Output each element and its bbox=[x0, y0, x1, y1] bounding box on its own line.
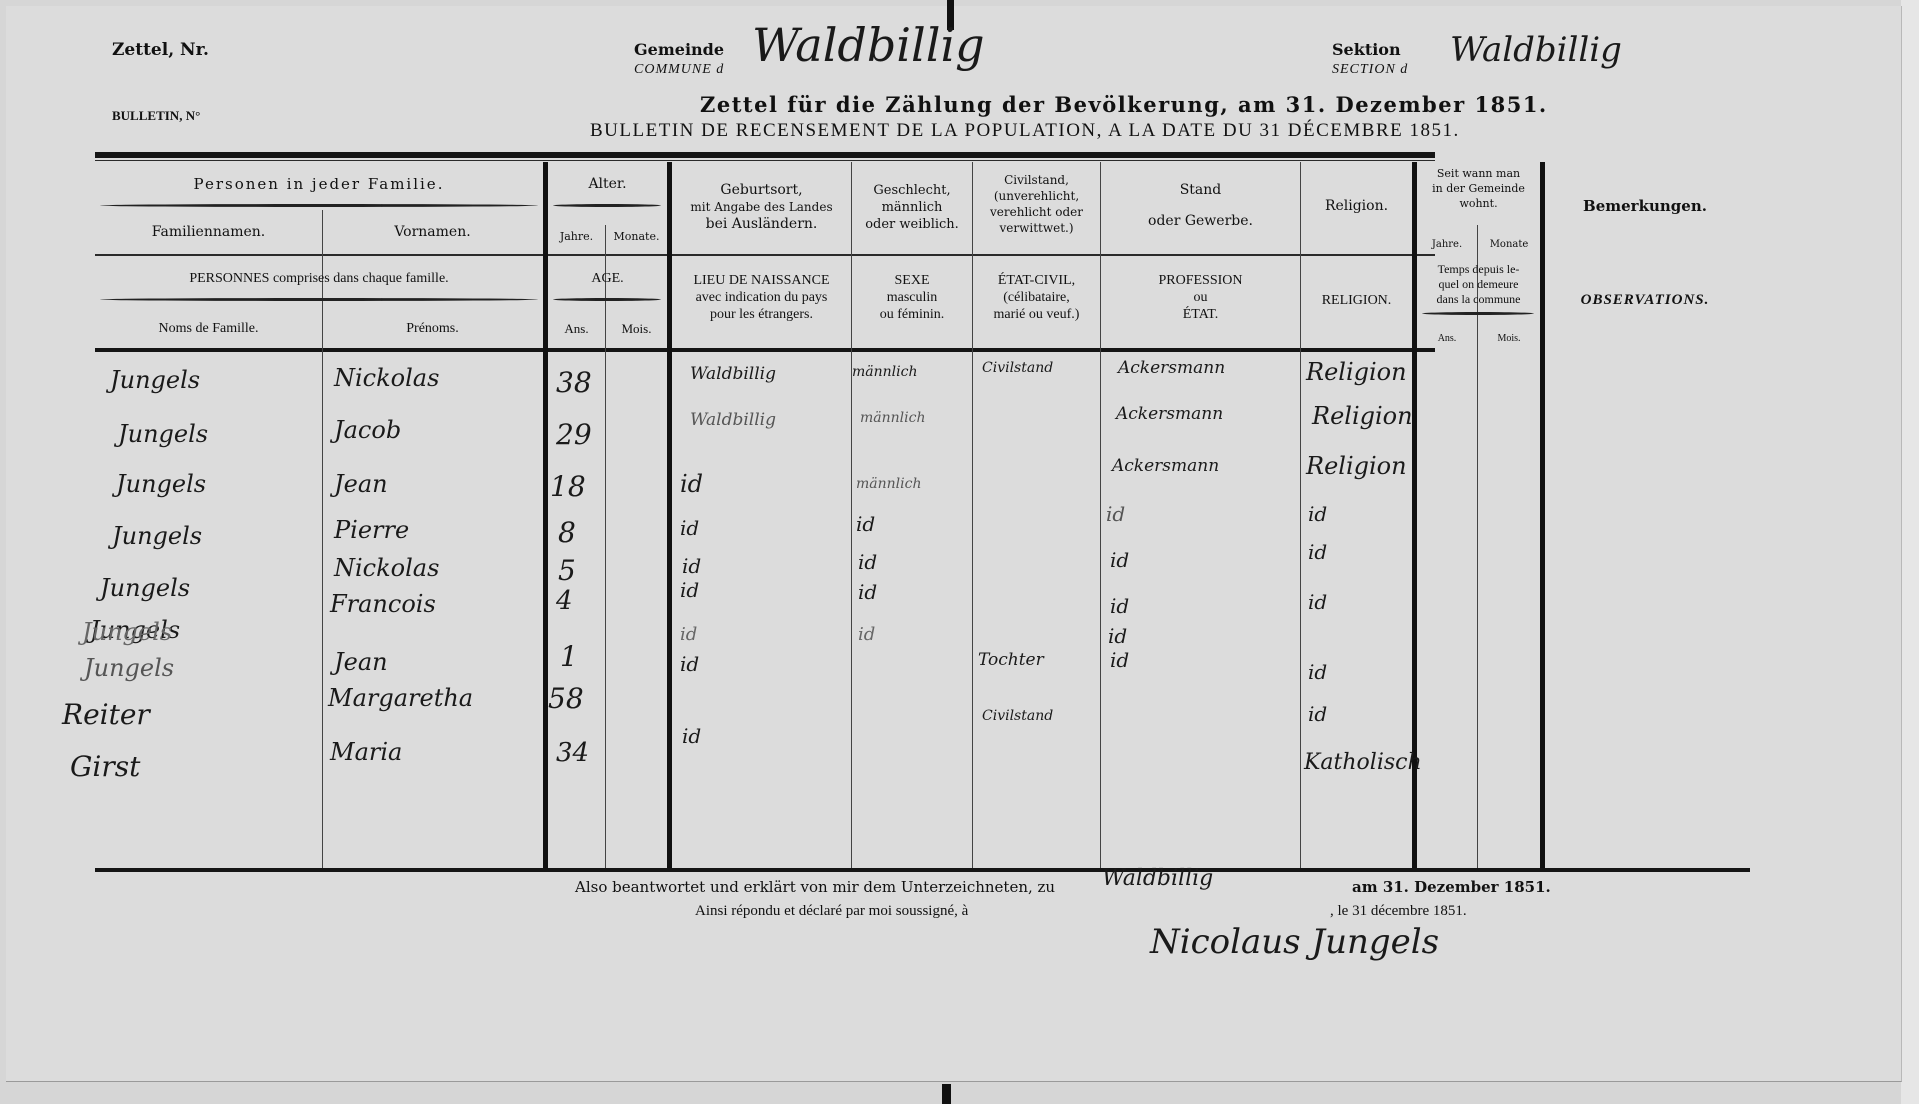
header-sex-fr-2: masculin bbox=[852, 289, 972, 306]
header-residence-fr-3: dans la commune bbox=[1417, 292, 1540, 307]
cell-religion: Katholisch bbox=[1304, 750, 1422, 775]
cell-age: 34 bbox=[556, 738, 589, 768]
sektion-label: Sektion bbox=[1332, 40, 1401, 59]
col-line-name bbox=[322, 210, 323, 868]
header-profession-de-2: oder Gewerbe. bbox=[1101, 213, 1300, 230]
header-civil-fr-2: (célibataire, bbox=[973, 289, 1100, 306]
cell-age: 29 bbox=[556, 418, 592, 451]
cell-birthplace: id bbox=[680, 624, 697, 645]
cell-family-name: Jungels bbox=[112, 522, 202, 550]
header-birthplace-de-3: bei Ausländern. bbox=[672, 216, 851, 233]
declaration-french: Ainsi répondu et déclaré par moi soussig… bbox=[695, 903, 968, 920]
header-birthplace-fr-2: avec indication du pays bbox=[672, 289, 851, 306]
cell-religion: Religion bbox=[1306, 358, 1407, 386]
header-civil-de: Civilstand, (unverehlicht, verehlicht od… bbox=[973, 172, 1100, 236]
cell-first-name: Francois bbox=[330, 590, 436, 618]
cell-first-name: Jean bbox=[334, 470, 388, 498]
cell-religion: id bbox=[1308, 702, 1327, 726]
table-top-rule bbox=[95, 152, 1435, 158]
header-residence-years-fr: Ans. bbox=[1417, 330, 1477, 347]
cell-sex: männlich bbox=[856, 476, 921, 492]
zettel-nr-label: Zettel, Nr. bbox=[112, 40, 209, 60]
header-sex-fr: SEXE masculin ou féminin. bbox=[852, 272, 972, 323]
header-remarks-de: Bemerkungen. bbox=[1545, 198, 1745, 215]
cell-age: 18 bbox=[550, 470, 586, 503]
header-months-de: Monate. bbox=[606, 228, 667, 245]
header-residence-de: Seit wann man in der Gemeinde wohnt. bbox=[1417, 166, 1540, 211]
header-remarks-fr: OBSERVATIONS. bbox=[1545, 292, 1745, 309]
cell-family-name: Jungels bbox=[118, 420, 208, 448]
header-family-name-de: Familiennamen. bbox=[95, 224, 322, 241]
header-persons-fr: PERSONNES comprises dans chaque famille. bbox=[95, 270, 543, 287]
col-line-residence-split bbox=[1477, 225, 1478, 868]
cell-birthplace: id bbox=[680, 652, 699, 676]
header-profession-de: Stand oder Gewerbe. bbox=[1101, 182, 1300, 230]
cell-religion: id bbox=[1308, 660, 1327, 684]
cell-civil: Civilstand bbox=[982, 708, 1053, 724]
header-first-name-fr: Prénoms. bbox=[322, 320, 543, 337]
cell-religion: id bbox=[1308, 540, 1327, 564]
header-birthplace-de: Geburtsort, mit Angabe des Landes bei Au… bbox=[672, 182, 851, 233]
col-line-civil bbox=[972, 162, 973, 868]
table-top-rule-thin bbox=[95, 160, 1435, 161]
header-civil-fr-1: ÉTAT-CIVIL, bbox=[973, 272, 1100, 289]
header-civil-de-3: verehlicht oder bbox=[973, 204, 1100, 220]
cell-age: 5 bbox=[558, 554, 576, 587]
commune-label: COMMUNE d bbox=[634, 62, 724, 78]
cell-birthplace: Waldbillig bbox=[690, 410, 776, 430]
cell-profession: Ackersmann bbox=[1116, 404, 1223, 424]
cell-profession: id bbox=[1106, 502, 1125, 526]
cell-sex: id bbox=[858, 550, 877, 574]
brace-residence-fr bbox=[1422, 312, 1534, 315]
cell-family-name: Jungels bbox=[110, 366, 200, 394]
signature: Nicolaus Jungels bbox=[1150, 922, 1439, 962]
header-birthplace-fr-1: LIEU DE NAISSANCE bbox=[672, 272, 851, 289]
header-residence-de-2: in der Gemeinde bbox=[1417, 181, 1540, 196]
header-profession-fr-3: ÉTAT. bbox=[1101, 306, 1300, 323]
header-profession-fr-2: ou bbox=[1101, 289, 1300, 306]
declaration-german: Also beantwortet und erklärt von mir dem… bbox=[575, 878, 1055, 896]
cell-age: 38 bbox=[556, 366, 592, 399]
cell-birthplace: id bbox=[680, 470, 703, 498]
cell-first-name: Jean bbox=[334, 648, 388, 676]
cell-religion: id bbox=[1308, 590, 1327, 614]
header-profession-de-1: Stand bbox=[1101, 182, 1300, 199]
col-line-age bbox=[543, 162, 548, 868]
section-value: Waldbillig bbox=[1450, 30, 1622, 70]
header-civil-de-1: Civilstand, bbox=[973, 172, 1100, 188]
cell-family-name: Jungels bbox=[84, 654, 174, 682]
header-bottom-rule bbox=[95, 348, 1435, 352]
header-residence-fr-2: quel on demeure bbox=[1417, 277, 1540, 292]
header-residence-de-3: wohnt. bbox=[1417, 196, 1540, 211]
date-german: am 31. Dezember 1851. bbox=[1352, 878, 1551, 896]
header-persons-de: Personen in jeder Familie. bbox=[95, 176, 543, 193]
cell-first-name: Margaretha bbox=[328, 684, 473, 712]
header-residence-fr-1: Temps depuis le- bbox=[1417, 262, 1540, 277]
cell-religion: Religion bbox=[1312, 402, 1413, 430]
cell-sex: männlich bbox=[852, 364, 917, 380]
cell-profession: id bbox=[1108, 624, 1127, 648]
cell-first-name: Maria bbox=[330, 738, 402, 766]
header-residence-fr: Temps depuis le- quel on demeure dans la… bbox=[1417, 262, 1540, 307]
col-line-religion bbox=[1300, 162, 1301, 868]
brace-persons-de bbox=[100, 204, 538, 207]
header-religion-de: Religion. bbox=[1301, 198, 1412, 215]
brace-persons-fr bbox=[100, 298, 538, 301]
cell-age: 4 bbox=[556, 586, 573, 616]
cell-birthplace: id bbox=[680, 516, 699, 540]
cell-first-name: Pierre bbox=[334, 516, 409, 544]
cell-age: 1 bbox=[560, 640, 578, 673]
cell-civil: Civilstand bbox=[982, 360, 1053, 376]
page-edge bbox=[1901, 0, 1919, 1104]
header-profession-fr: PROFESSION ou ÉTAT. bbox=[1101, 272, 1300, 323]
cell-first-name: Nickolas bbox=[334, 554, 439, 582]
census-sheet bbox=[6, 6, 1902, 1082]
header-age-fr: AGE. bbox=[548, 270, 667, 287]
col-line-birthplace bbox=[667, 162, 672, 868]
header-months-fr: Mois. bbox=[606, 320, 667, 337]
cell-age: 8 bbox=[558, 516, 576, 549]
cell-family-name: Reiter bbox=[62, 698, 150, 731]
header-birthplace-fr-3: pour les étrangers. bbox=[672, 306, 851, 323]
header-sex-fr-3: ou féminin. bbox=[852, 306, 972, 323]
title-german: Zettel für die Zählung der Bevölkerung, … bbox=[700, 92, 1548, 117]
cell-religion: id bbox=[1308, 502, 1327, 526]
cell-sex: männlich bbox=[860, 410, 925, 426]
date-french: , le 31 décembre 1851. bbox=[1330, 903, 1467, 920]
cell-family-name: Jungels bbox=[82, 618, 172, 646]
cell-first-name: Nickolas bbox=[334, 364, 439, 392]
cell-first-name: Jacob bbox=[334, 416, 401, 444]
header-civil-fr: ÉTAT-CIVIL, (célibataire, marié ou veuf.… bbox=[973, 272, 1100, 323]
header-age-de: Alter. bbox=[548, 176, 667, 193]
header-years-de: Jahre. bbox=[548, 228, 605, 245]
cell-family-name: Girst bbox=[70, 750, 140, 783]
header-birthplace-de-2: mit Angabe des Landes bbox=[672, 199, 851, 216]
header-divider bbox=[95, 254, 1435, 256]
header-profession-fr-1: PROFESSION bbox=[1101, 272, 1300, 289]
brace-age-de bbox=[553, 204, 661, 207]
cell-age: 58 bbox=[548, 682, 584, 715]
cell-sex: id bbox=[858, 624, 875, 645]
gemeinde-label: Gemeinde bbox=[634, 40, 724, 59]
header-birthplace-fr: LIEU DE NAISSANCE avec indication du pay… bbox=[672, 272, 851, 323]
title-french: BULLETIN DE RECENSEMENT DE LA POPULATION… bbox=[590, 120, 1460, 142]
header-residence-years-de: Jahre. bbox=[1417, 236, 1477, 253]
cell-sex: id bbox=[856, 512, 875, 536]
cell-profession: id bbox=[1110, 594, 1129, 618]
header-civil-de-4: verwittwet.) bbox=[973, 220, 1100, 236]
header-residence-de-1: Seit wann man bbox=[1417, 166, 1540, 181]
cell-birthplace: id bbox=[680, 578, 699, 602]
cell-birthplace: id bbox=[682, 724, 701, 748]
table-bottom-rule bbox=[95, 868, 1750, 872]
cell-family-name: Jungels bbox=[100, 574, 190, 602]
header-sex-de-1: Geschlecht, bbox=[852, 182, 972, 199]
cell-profession: Ackersmann bbox=[1118, 358, 1225, 378]
header-sex-fr-1: SEXE bbox=[852, 272, 972, 289]
cell-sex: id bbox=[858, 580, 877, 604]
cell-civil: Tochter bbox=[978, 650, 1044, 670]
header-first-name-de: Vornamen. bbox=[322, 224, 543, 241]
header-birthplace-de-1: Geburtsort, bbox=[672, 182, 851, 199]
cell-profession: id bbox=[1110, 548, 1129, 572]
declaration-place: Waldbillig bbox=[1102, 866, 1213, 891]
cell-family-name: Jungels bbox=[116, 470, 206, 498]
brace-age-fr bbox=[553, 298, 661, 301]
header-sex-de-3: oder weiblich. bbox=[852, 216, 972, 233]
cell-birthplace: Waldbillig bbox=[690, 364, 776, 384]
col-line-profession bbox=[1100, 162, 1101, 868]
col-line-sex bbox=[851, 162, 852, 868]
commune-value: Waldbillig bbox=[752, 18, 985, 72]
header-years-fr: Ans. bbox=[548, 320, 605, 337]
col-line-remarks bbox=[1540, 162, 1545, 868]
header-religion-fr: RELIGION. bbox=[1301, 292, 1412, 309]
header-sex-de: Geschlecht, männlich oder weiblich. bbox=[852, 182, 972, 233]
header-residence-months-fr: Mois. bbox=[1478, 330, 1540, 347]
bulletin-label: BULLETIN, N° bbox=[112, 108, 200, 124]
cell-religion: Religion bbox=[1306, 452, 1407, 480]
header-sex-de-2: männlich bbox=[852, 199, 972, 216]
section-label: SECTION d bbox=[1332, 62, 1408, 78]
header-residence-months-de: Monate bbox=[1478, 236, 1540, 253]
cell-birthplace: id bbox=[682, 554, 701, 578]
binding-mark-bottom bbox=[942, 1084, 951, 1104]
header-civil-de-2: (unverehlicht, bbox=[973, 188, 1100, 204]
cell-profession: Ackersmann bbox=[1112, 456, 1219, 476]
cell-profession: id bbox=[1110, 648, 1129, 672]
header-family-name-fr: Noms de Famille. bbox=[95, 320, 322, 337]
header-civil-fr-3: marié ou veuf.) bbox=[973, 306, 1100, 323]
